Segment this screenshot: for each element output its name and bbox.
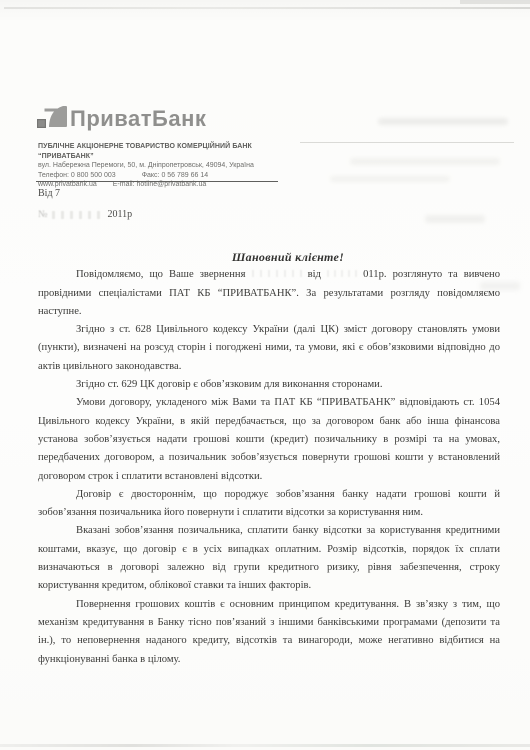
brand-name: ПриватБанк — [70, 106, 206, 132]
erased-text-smudge — [52, 211, 104, 219]
phone-number: Телефон: 0 800 500 003 — [38, 172, 116, 179]
paragraph-3: Згідно ст. 629 ЦК договір є обов’язковим… — [38, 376, 500, 394]
fax-number: Факс: 0 56 789 66 14 — [142, 172, 208, 179]
reference-number-line: №2011р — [38, 209, 132, 220]
bleedthrough-line-artifact — [300, 142, 514, 143]
bleedthrough-artifact — [350, 158, 500, 165]
scan-edge-artifact — [0, 744, 530, 747]
paragraph-4: Умови договору, укладеного між Вами та П… — [38, 394, 500, 485]
letterhead-contact-block: ПУБЛІЧНЕ АКЦІОНЕРНЕ ТОВАРИСТВО КОМЕРЦІЙН… — [38, 142, 298, 190]
reference-year: 2011р — [108, 209, 133, 220]
email-address: E-mail: hotline@privatbank.ua — [113, 181, 207, 188]
paragraph-5: Договір є двостороннім, що породжує зобо… — [38, 486, 500, 523]
scan-corner-artifact — [460, 0, 530, 4]
bank-address: вул. Набережна Перемоги, 50, м. Дніпропе… — [38, 161, 298, 171]
letter-body: Шановний клієнте! Повідомляємо, що Ваше … — [38, 248, 500, 669]
paragraph-1-text: від — [308, 269, 321, 280]
bleedthrough-artifact — [330, 176, 450, 182]
paragraph-1-text: Повідомляємо, що Ваше звернення — [76, 269, 245, 280]
letterhead-logo: ПриватБанк — [37, 106, 206, 132]
phone-fax-line: Телефон: 0 800 500 003Факс: 0 56 789 66 … — [38, 171, 298, 181]
bleedthrough-artifact — [425, 215, 485, 223]
letterhead-divider — [36, 181, 278, 182]
scan-edge-artifact — [4, 7, 530, 9]
reference-from-line: Від 7 — [38, 188, 60, 199]
paragraph-2: Згідно з ст. 628 Цивільного кодексу Укра… — [38, 321, 500, 376]
paragraph-1: Повідомляємо, що Ваше звернення від 011р… — [38, 266, 500, 321]
salutation: Шановний клієнте! — [38, 248, 500, 266]
redacted-gap — [252, 270, 302, 277]
paragraph-7: Повернення грошових коштів є основним пр… — [38, 596, 500, 669]
reference-number-sign: № — [38, 209, 48, 220]
redacted-gap — [327, 270, 357, 277]
paragraph-6: Вказані зобов’язання позичальника, сплат… — [38, 522, 500, 595]
website-link: www.privatbank.ua — [38, 181, 97, 188]
privatbank-logo-icon — [37, 106, 67, 132]
bank-full-name: ПУБЛІЧНЕ АКЦІОНЕРНЕ ТОВАРИСТВО КОМЕРЦІЙН… — [38, 142, 298, 161]
scanned-letter-page: ПриватБанк ПУБЛІЧНЕ АКЦІОНЕРНЕ ТОВАРИСТВ… — [0, 0, 530, 750]
bleedthrough-artifact — [378, 118, 508, 125]
